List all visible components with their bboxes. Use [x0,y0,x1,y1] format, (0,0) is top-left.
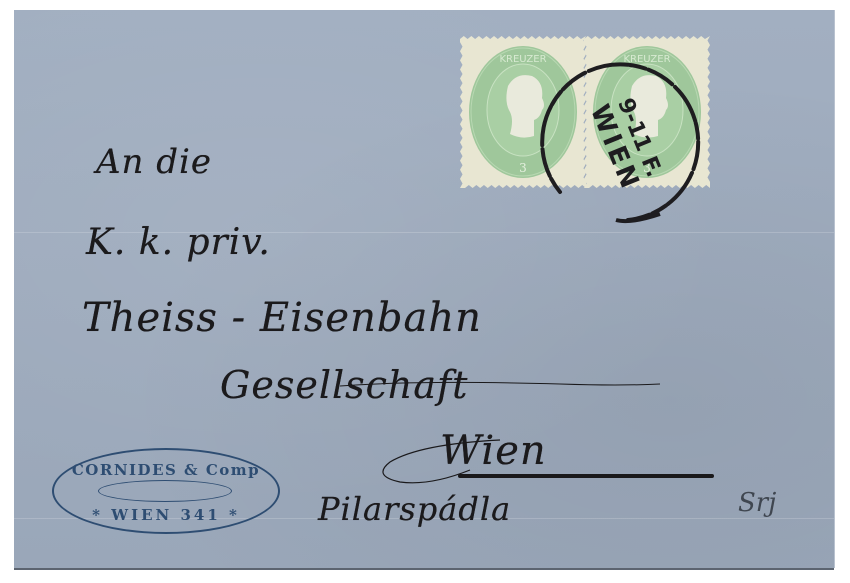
address-line-salutation: An die [96,142,212,182]
cachet-company-name: CORNIDES & Comp [54,461,278,479]
postmark-icon: 9-11 F. WIEN [520,52,720,232]
address-line-company: Theiss - Eisenbahn [82,295,482,341]
pencil-annotation: Srj [738,488,776,518]
cachet-address: * WIEN 341 * [54,506,278,524]
address-line-title: K. k. priv. [86,222,271,263]
cachet-inner-oval [98,480,232,502]
address-line-society: Gesellschaft [220,363,468,407]
city-underline [458,474,714,478]
address-line-district: Pilarspádla [318,490,511,528]
address-line-city: Wien [440,428,547,474]
company-cachet: CORNIDES & Comp * WIEN 341 * [52,448,280,534]
